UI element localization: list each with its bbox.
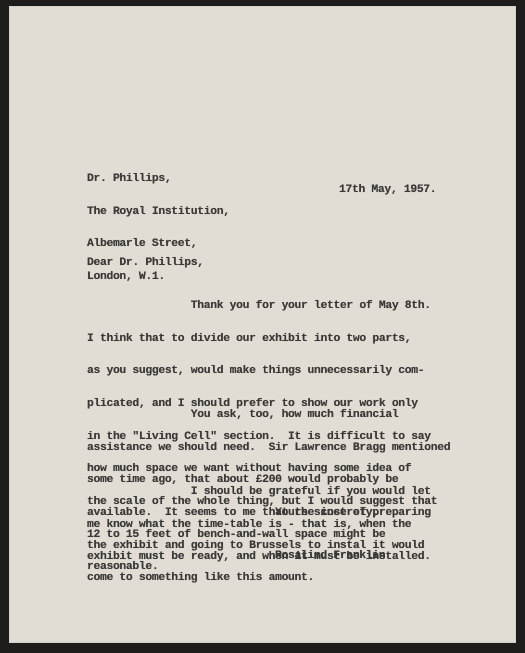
text-line: Thank you for your letter of May 8th. [87, 301, 437, 312]
letter-date: 17th May, 1957. [339, 185, 436, 196]
text-line: assistance we should need. Sir Lawrence … [87, 443, 450, 454]
text-line: You ask, too, how much financial [87, 410, 450, 421]
signature: Rosalind Franklin [275, 551, 385, 562]
text-line: I should be grateful if you would let [87, 487, 431, 498]
address-line: Albemarle Street, [87, 239, 230, 250]
text-line: as you suggest, would make things unnece… [87, 366, 437, 377]
text-line: me know what the time-table is - that is… [87, 520, 431, 531]
address-line: Dr. Phillips, [87, 174, 230, 185]
closing: Yours sincerely, [275, 508, 379, 519]
salutation: Dear Dr. Phillips, [87, 258, 204, 269]
body-paragraph-3: I should be grateful if you would let me… [87, 465, 431, 585]
address-line: The Royal Institution, [87, 207, 230, 218]
text-line: I think that to divide our exhibit into … [87, 334, 437, 345]
letter-page: Dr. Phillips, The Royal Institution, Alb… [9, 6, 516, 643]
